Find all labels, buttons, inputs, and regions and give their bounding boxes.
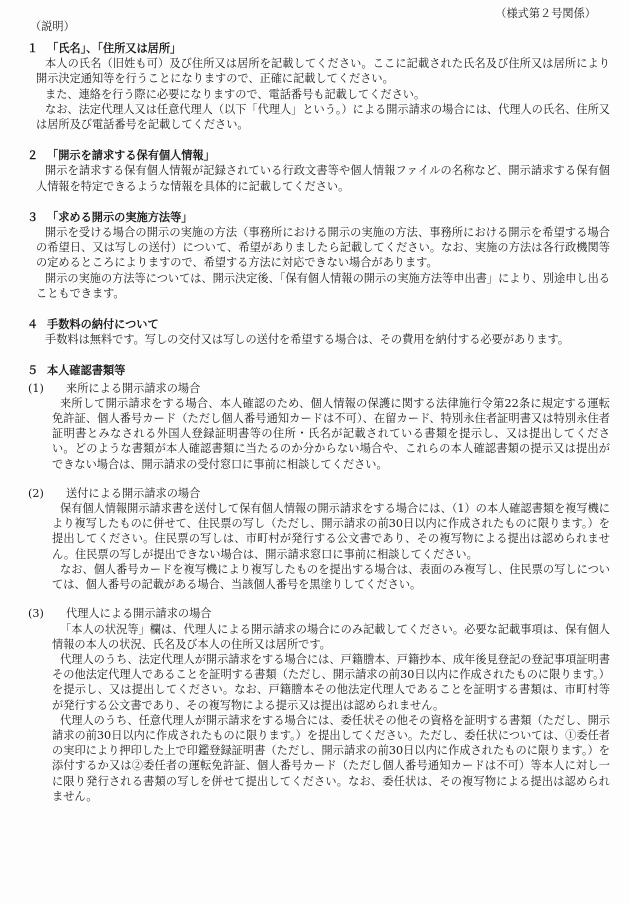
subsection-title: 送付による開示請求の場合 xyxy=(66,486,200,501)
section-title: 「求める開示の実施方法等」 xyxy=(47,210,192,225)
paragraph: 開示の実施の方法等については、開示決定後、「保有個人情報の開示の実施方法等申出書… xyxy=(24,271,610,301)
section-title: 本人確認書類等 xyxy=(47,363,125,378)
section-number: ２ xyxy=(24,148,47,163)
section-number: １ xyxy=(24,41,47,56)
paragraph: なお、法定代理人又は任意代理人（以下「代理人」という。）による開示請求の場合には… xyxy=(24,102,610,132)
paragraph: 手数料は無料です。写しの交付又は写しの送付を希望する場合は、その費用を納付する必… xyxy=(24,332,610,347)
section-number: ４ xyxy=(24,317,47,332)
section-fee-payment: ４ 手数料の納付について 手数料は無料です。写しの交付又は写しの送付を希望する場… xyxy=(24,317,610,347)
subsection-in-person: (1) 来所による開示請求の場合 来所して開示請求をする場合、本人確認のため、個… xyxy=(24,381,610,472)
paragraph: 本人の氏名（旧姓も可）及び住所又は居所を記載してください。ここに記載された氏名及… xyxy=(24,56,610,86)
explanation-document: １ 「氏名」、「住所又は居所」 本人の氏名（旧姓も可）及び住所又は居所を記載して… xyxy=(24,41,610,820)
section-title: 「氏名」、「住所又は居所」 xyxy=(47,41,181,56)
paragraph: なお、個人番号カードを複写機により複写したものを提出する場合は、表面のみ複写し、… xyxy=(24,562,610,592)
paragraph: 代理人のうち、任意代理人が開示請求をする場合には、委任状その他その資格を証明する… xyxy=(24,713,610,804)
subsection-number: (3) xyxy=(24,606,66,621)
section-title: 「開示を請求する保有個人情報」 xyxy=(47,148,215,163)
subsection-by-agent: (3) 代理人による開示請求の場合 「本人の状況等」欄は、代理人による開示請求の… xyxy=(24,606,610,804)
subsection-number: (1) xyxy=(24,381,66,396)
section-requested-info: ２ 「開示を請求する保有個人情報」 開示を請求する保有個人情報が記録されている行… xyxy=(24,148,610,194)
subsection-number: (2) xyxy=(24,486,66,501)
intro-label: （説明） xyxy=(30,19,75,34)
paragraph: また、連絡を行う際に必要になりますので、電話番号も記載してください。 xyxy=(24,87,610,102)
section-title: 手数料の納付について xyxy=(47,317,159,332)
section-name-address: １ 「氏名」、「住所又は居所」 本人の氏名（旧姓も可）及び住所又は居所を記載して… xyxy=(24,41,610,132)
paragraph: 代理人のうち、法定代理人が開示請求をする場合には、戸籍謄本、戸籍抄本、成年後見登… xyxy=(24,652,610,713)
section-identity-documents: ５ 本人確認書類等 (1) 来所による開示請求の場合 来所して開示請求をする場合… xyxy=(24,363,610,803)
subsection-title: 来所による開示請求の場合 xyxy=(66,381,200,396)
form-reference: （様式第２号関係） xyxy=(495,6,596,21)
section-disclosure-method: ３ 「求める開示の実施方法等」 開示を受ける場合の開示の実施の方法（事務所におけ… xyxy=(24,210,610,301)
subsection-title: 代理人による開示請求の場合 xyxy=(66,606,211,621)
subsection-by-mail: (2) 送付による開示請求の場合 保有個人情報開示請求書を送付して保有個人情報の… xyxy=(24,486,610,592)
paragraph: 「本人の状況等」欄は、代理人による開示請求の場合にのみ記載してください。必要な記… xyxy=(24,622,610,652)
paragraph: 保有個人情報開示請求書を送付して保有個人情報の開示請求をする場合には、（1）の本… xyxy=(24,501,610,562)
paragraph: 開示を受ける場合の開示の実施の方法（事務所における開示の実施の方法、事務所におけ… xyxy=(24,225,610,271)
paragraph: 開示を請求する保有個人情報が記録されている行政文書等や個人情報ファイルの名称など… xyxy=(24,163,610,193)
section-number: ３ xyxy=(24,210,47,225)
section-number: ５ xyxy=(24,363,47,378)
paragraph: 来所して開示請求をする場合、本人確認のため、個人情報の保護に関する法律施行令第2… xyxy=(24,396,610,472)
